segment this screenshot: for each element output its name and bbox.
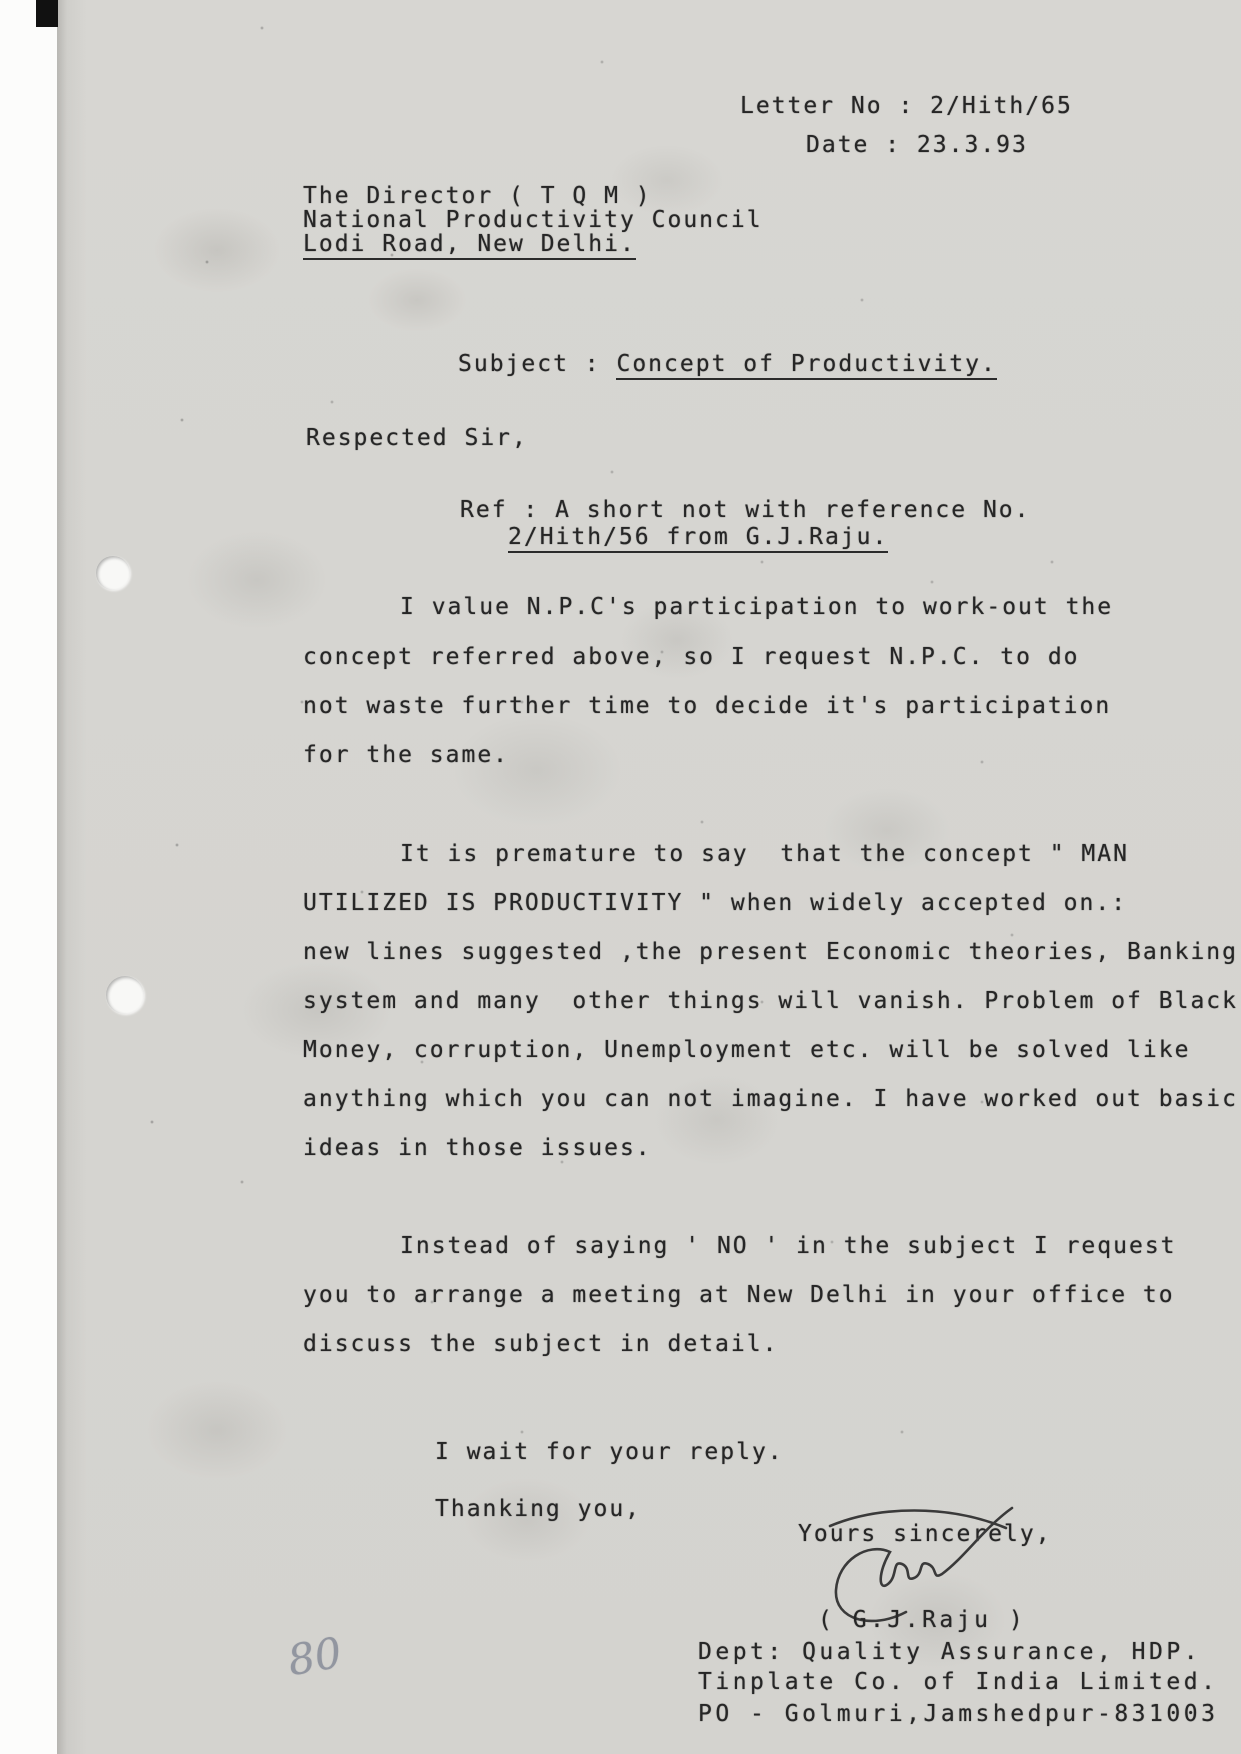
para1-line-3: not waste further time to decide it's pa…	[303, 692, 1111, 720]
reference-line-2-text: 2/Hith/56 from G.J.Raju.	[508, 524, 888, 553]
closing-line-1: I wait for your reply.	[435, 1438, 784, 1466]
letter-date: Date : 23.3.93	[806, 131, 1028, 159]
signatory-dept: Dept: Quality Assurance, HDP.	[698, 1638, 1201, 1666]
paper-sheet	[57, 0, 1241, 1754]
salutation: Respected Sir,	[306, 424, 528, 452]
para3-line-2: you to arrange a meeting at New Delhi in…	[303, 1281, 1175, 1309]
para2-line-6: anything which you can not imagine. I ha…	[303, 1085, 1238, 1113]
para2-line-2: UTILIZED IS PRODUCTIVITY " when widely a…	[303, 889, 1127, 917]
para1-line-2: concept referred above, so I request N.P…	[303, 643, 1080, 671]
corner-mark	[36, 0, 58, 27]
letter-page: Letter No : 2/Hith/65 Date : 23.3.93 The…	[0, 0, 1241, 1754]
para1-line-4: for the same.	[303, 741, 509, 769]
reference-line-1: Ref : A short not with reference No.	[460, 496, 1031, 524]
reference-line-2: 2/Hith/56 from G.J.Raju.	[508, 523, 888, 551]
para2-line-7: ideas in those issues.	[303, 1134, 652, 1162]
closing-line-2: Thanking you,	[435, 1495, 641, 1523]
letter-number: Letter No : 2/Hith/65	[740, 92, 1073, 120]
para2-line-1: It is premature to say that the concept …	[400, 840, 1129, 868]
para3-line-3: discuss the subject in detail.	[303, 1330, 778, 1358]
scanner-margin	[0, 0, 57, 1754]
para2-line-5: Money, corruption, Unemployment etc. wil…	[303, 1036, 1190, 1064]
subject-line: Subject : Concept of Productivity.	[458, 350, 997, 378]
signatory-company: Tinplate Co. of India Limited.	[698, 1668, 1218, 1696]
para2-line-3: new lines suggested ,the present Economi…	[303, 938, 1238, 966]
recipient-line-3: Lodi Road, New Delhi.	[303, 230, 636, 258]
para3-line-1: Instead of saying ' NO ' in the subject …	[400, 1232, 1177, 1260]
signatory-address: PO - Golmuri,Jamshedpur-831003	[698, 1700, 1218, 1728]
punch-hole-top	[96, 556, 130, 590]
para2-line-4: system and many other things will vanish…	[303, 987, 1238, 1015]
subject-text: Concept of Productivity.	[616, 351, 996, 380]
pencil-page-number: 80	[284, 1628, 345, 1686]
signatory-name: ( G.J.Raju )	[818, 1606, 1026, 1634]
subject-prefix: Subject :	[458, 351, 616, 377]
punch-hole-bottom	[106, 976, 144, 1014]
recipient-line-3-text: Lodi Road, New Delhi.	[303, 231, 636, 260]
para1-line-1: I value N.P.C's participation to work-ou…	[400, 593, 1113, 621]
